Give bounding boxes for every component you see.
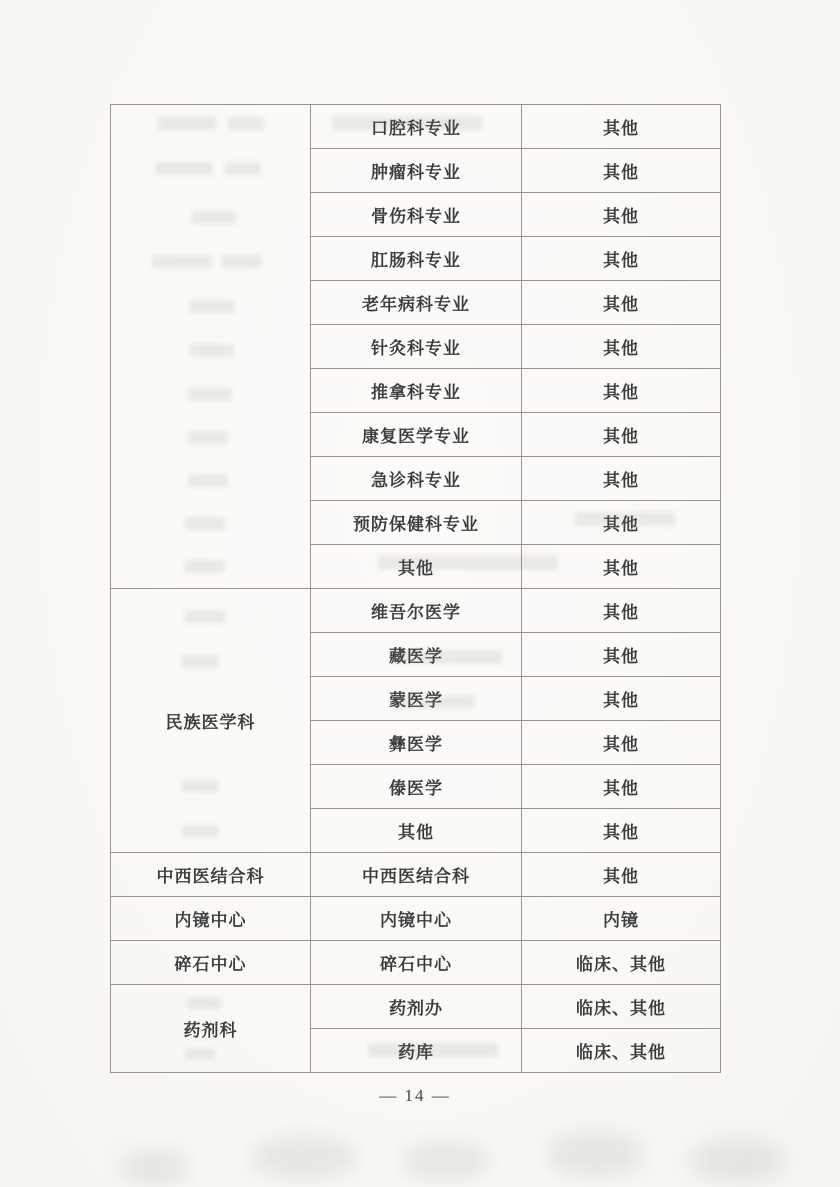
- table-row: 内镜中心内镜中心内镜: [111, 897, 721, 941]
- category-cell: 其他: [522, 369, 721, 413]
- table-row: 民族医学科维吾尔医学其他: [111, 589, 721, 633]
- category-cell: 其他: [522, 501, 721, 545]
- specialty-cell: 藏医学: [311, 633, 522, 677]
- category-cell: 其他: [522, 105, 721, 149]
- category-cell: 其他: [522, 633, 721, 677]
- category-cell: 其他: [522, 853, 721, 897]
- category-cell: 其他: [522, 677, 721, 721]
- table-row: 中西医结合科中西医结合科其他: [111, 853, 721, 897]
- scanned-document-page: 口腔科专业其他肿瘤科专业其他骨伤科专业其他肛肠科专业其他老年病科专业其他针灸科专…: [0, 0, 840, 1187]
- specialty-cell: 药库: [311, 1029, 522, 1073]
- category-cell: 其他: [522, 589, 721, 633]
- specialty-cell: 其他: [311, 809, 522, 853]
- smudge-artifact: [690, 1138, 785, 1183]
- department-specialty-table: 口腔科专业其他肿瘤科专业其他骨伤科专业其他肛肠科专业其他老年病科专业其他针灸科专…: [110, 104, 721, 1073]
- category-cell: 内镜: [522, 897, 721, 941]
- department-cell: 民族医学科: [111, 589, 311, 853]
- category-cell: 临床、其他: [522, 1029, 721, 1073]
- category-cell: 其他: [522, 325, 721, 369]
- category-cell: 其他: [522, 721, 721, 765]
- category-cell: 其他: [522, 765, 721, 809]
- category-cell: 临床、其他: [522, 941, 721, 985]
- department-cell: [111, 105, 311, 589]
- specialty-cell: 骨伤科专业: [311, 193, 522, 237]
- department-cell: 内镜中心: [111, 897, 311, 941]
- specialty-cell: 口腔科专业: [311, 105, 522, 149]
- table-row: 药剂科药剂办临床、其他: [111, 985, 721, 1029]
- specialty-cell: 针灸科专业: [311, 325, 522, 369]
- specialty-cell: 内镜中心: [311, 897, 522, 941]
- specialty-cell: 碎石中心: [311, 941, 522, 985]
- specialty-cell: 急诊科专业: [311, 457, 522, 501]
- category-cell: 临床、其他: [522, 985, 721, 1029]
- specialty-cell: 预防保健科专业: [311, 501, 522, 545]
- category-cell: 其他: [522, 149, 721, 193]
- specialty-cell: 肛肠科专业: [311, 237, 522, 281]
- department-cell: 碎石中心: [111, 941, 311, 985]
- category-cell: 其他: [522, 237, 721, 281]
- specialty-cell: 彝医学: [311, 721, 522, 765]
- specialty-cell: 康复医学专业: [311, 413, 522, 457]
- specialty-cell: 肿瘤科专业: [311, 149, 522, 193]
- specialty-cell: 药剂办: [311, 985, 522, 1029]
- specialty-cell: 推拿科专业: [311, 369, 522, 413]
- category-cell: 其他: [522, 413, 721, 457]
- category-cell: 其他: [522, 809, 721, 853]
- category-cell: 其他: [522, 545, 721, 589]
- specialty-cell: 老年病科专业: [311, 281, 522, 325]
- table-row: 碎石中心碎石中心临床、其他: [111, 941, 721, 985]
- specialty-cell: 其他: [311, 545, 522, 589]
- specialty-cell: 傣医学: [311, 765, 522, 809]
- category-cell: 其他: [522, 457, 721, 501]
- specialty-cell: 蒙医学: [311, 677, 522, 721]
- specialty-cell: 中西医结合科: [311, 853, 522, 897]
- smudge-artifact: [250, 1135, 360, 1180]
- smudge-artifact: [400, 1140, 490, 1182]
- page-number: — 14 —: [110, 1086, 720, 1106]
- smudge-artifact: [120, 1150, 190, 1185]
- department-cell: 药剂科: [111, 985, 311, 1073]
- department-cell: 中西医结合科: [111, 853, 311, 897]
- specialty-cell: 维吾尔医学: [311, 589, 522, 633]
- category-cell: 其他: [522, 193, 721, 237]
- smudge-artifact: [545, 1130, 645, 1178]
- category-cell: 其他: [522, 281, 721, 325]
- table-row: 口腔科专业其他: [111, 105, 721, 149]
